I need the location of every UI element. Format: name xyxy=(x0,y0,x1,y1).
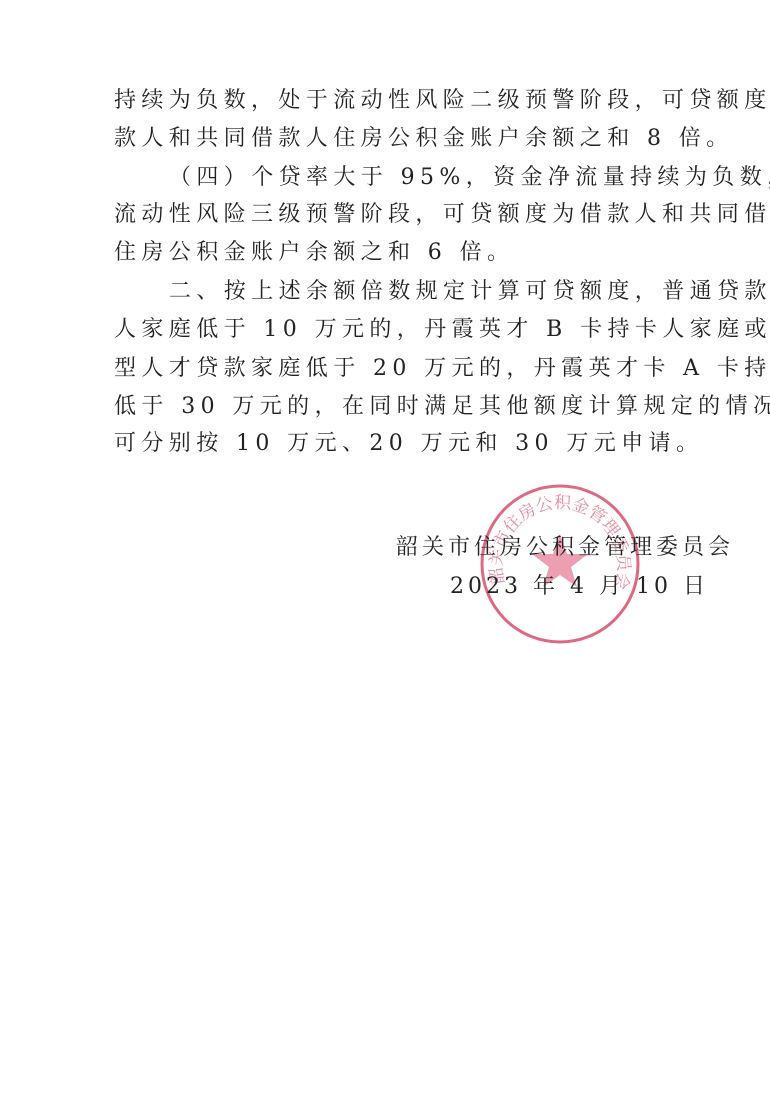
official-seal-icon: 韶关市住房公积金管理委员会 xyxy=(478,482,642,646)
section-two-line: 二、按上述余额倍数规定计算可贷额度，普通贷款借款 xyxy=(114,277,670,307)
signature-date: 2023 年 4 月 10 日 xyxy=(450,572,709,602)
body-line: 低于 30 万元的，在同时满足其他额度计算规定的情况下， xyxy=(114,392,670,422)
body-line: 持续为负数，处于流动性风险二级预警阶段，可贷额度为借 xyxy=(114,86,670,116)
body-line: 款人和共同借款人住房公积金账户余额之和 8 倍。 xyxy=(114,124,670,154)
body-line: 流动性风险三级预警阶段，可贷额度为借款人和共同借款人 xyxy=(114,200,670,230)
clause-four-line: （四）个贷率大于 95%，资金净流量持续为负数，处于 xyxy=(114,163,670,193)
body-line: 可分别按 10 万元、20 万元和 30 万元申请。 xyxy=(114,429,670,459)
document-page: 持续为负数，处于流动性风险二级预警阶段，可贷额度为借 款人和共同借款人住房公积金… xyxy=(0,0,770,1094)
body-line: 住房公积金账户余额之和 6 倍。 xyxy=(114,238,670,268)
signature-organization: 韶关市住房公积金管理委员会 xyxy=(396,533,734,563)
body-line: 人家庭低于 10 万元的，丹霞英才 B 卡持卡人家庭或其他类 xyxy=(114,315,670,345)
body-line: 型人才贷款家庭低于 20 万元的，丹霞英才卡 A 卡持卡家庭 xyxy=(114,354,670,384)
